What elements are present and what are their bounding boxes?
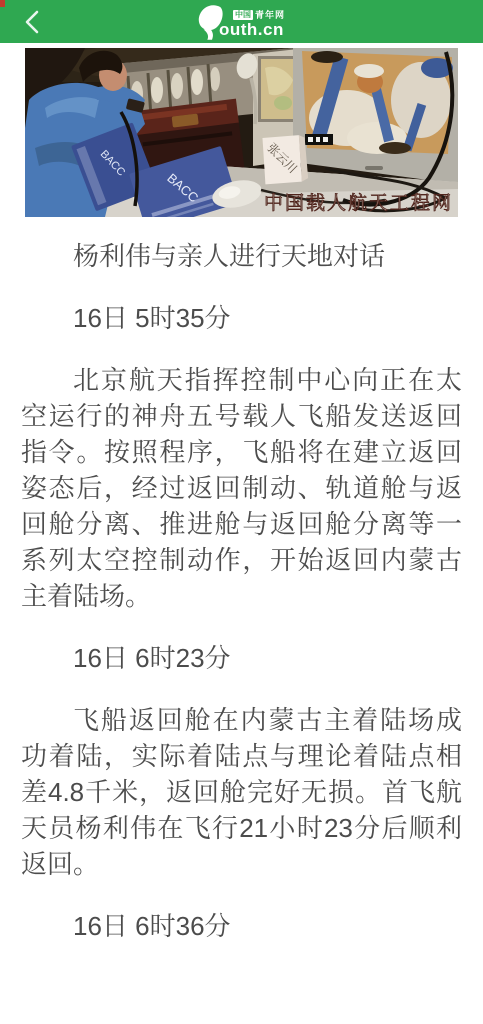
logo-badge: 中国 [233, 10, 253, 20]
photo-caption: 杨利伟与亲人进行天地对话 [21, 238, 462, 274]
section-time-2: 16日 6时23分 [21, 640, 462, 676]
screen-corner-artifact [0, 0, 5, 7]
article-section: 16日 6时36分 [21, 908, 462, 944]
name-card: 张云川 [258, 132, 311, 188]
article-body: 杨利伟与亲人进行天地对话 16日 5时35分 北京航天指挥控制中心向正在太空运行… [0, 238, 483, 944]
logo-text: 中国 青年网 outh.cn [219, 8, 285, 39]
section-time-1: 16日 5时35分 [21, 300, 462, 336]
article-photo: BACC BACC 张云川 [25, 48, 458, 217]
back-chevron-icon [23, 9, 41, 35]
photo-scene: BACC BACC 张云川 [25, 48, 458, 217]
back-button[interactable] [10, 0, 54, 43]
logo-domain: outh.cn [219, 21, 284, 39]
astronaut-monitor [293, 48, 458, 184]
app-screen: 中国 青年网 outh.cn [0, 0, 483, 1024]
section-time-3: 16日 6时36分 [21, 908, 462, 944]
app-header: 中国 青年网 outh.cn [0, 0, 483, 43]
section-paragraph-1: 北京航天指挥控制中心向正在太空运行的神舟五号载人飞船发送返回指令。按照程序，飞船… [21, 362, 462, 614]
section-paragraph-2: 飞船返回舱在内蒙古主着陆场成功着陆，实际着陆点与理论着陆点相差4.8千米，返回舱… [21, 702, 462, 882]
youth-cn-logo: 中国 青年网 outh.cn [198, 4, 285, 39]
article-section: 16日 5时35分 北京航天指挥控制中心向正在太空运行的神舟五号载人飞船发送返回… [21, 300, 462, 614]
photo-watermark: 中国载人航天工程网 [264, 192, 453, 214]
article-section: 16日 6时23分 飞船返回舱在内蒙古主着陆场成功着陆，实际着陆点与理论着陆点相… [21, 640, 462, 882]
